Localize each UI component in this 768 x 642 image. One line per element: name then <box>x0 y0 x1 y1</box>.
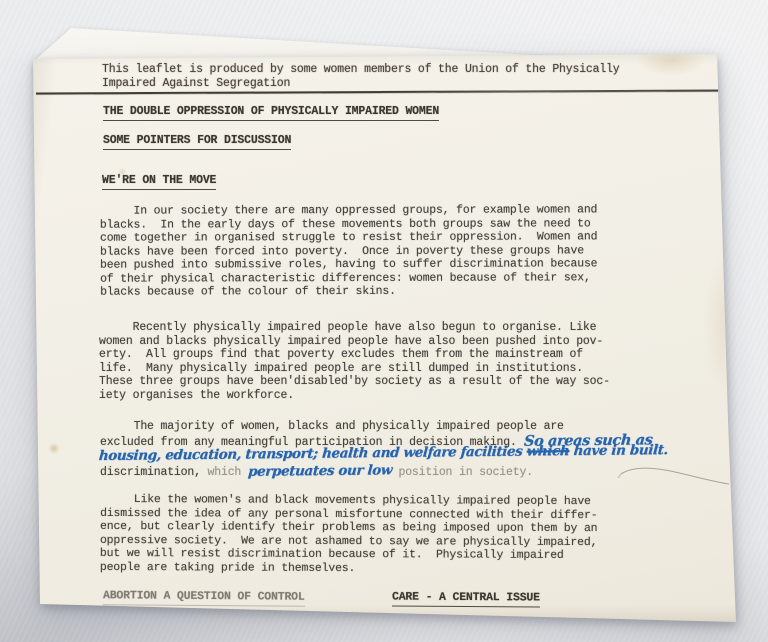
stain <box>704 250 730 400</box>
section-heading-row: WE'RE ON THE MOVE <box>102 174 216 190</box>
section-heading: WE'RE ON THE MOVE <box>102 174 216 190</box>
doc-title-row: THE DOUBLE OPPRESSION OF PHYSICALLY IMPA… <box>103 105 439 121</box>
doc-title: THE DOUBLE OPPRESSION OF PHYSICALLY IMPA… <box>103 105 439 121</box>
footer-topic-right: CARE - A CENTRAL ISSUE <box>392 591 540 608</box>
paragraph-4: Like the women's and black movements phy… <box>100 493 598 576</box>
paragraph-1: In our society there are many oppressed … <box>100 203 598 299</box>
footer-topic-right-row: CARE - A CENTRAL ISSUE <box>392 591 540 608</box>
pencil-mark <box>613 458 738 498</box>
footer-topic-left-row: ABORTION A QUESTION OF CONTROL <box>103 589 305 607</box>
footer-topic-left: ABORTION A QUESTION OF CONTROL <box>103 589 305 607</box>
typed-text-faded: position in society. <box>392 466 533 479</box>
doc-subtitle-row: SOME POINTERS FOR DISCUSSION <box>103 134 291 150</box>
paragraph-3-line-4: discrimination, which perpetuates our lo… <box>100 465 533 480</box>
handwritten-struck-word: which <box>526 443 570 459</box>
front-sheet: This leaflet is produced by some women m… <box>0 0 768 642</box>
stain <box>636 48 706 76</box>
credit-line: This leaflet is produced by some women m… <box>102 63 620 90</box>
handwritten-annotation: housing, education, transport; health an… <box>98 444 668 464</box>
typed-text-faded: which <box>208 466 248 479</box>
paragraph-3-line-1: The majority of women, blacks and physic… <box>100 420 564 434</box>
handwritten-text: have in built. <box>569 442 669 459</box>
paragraph-2: Recently physically impaired people have… <box>99 321 610 402</box>
front-sheet-shadow: This leaflet is produced by some women m… <box>0 0 768 642</box>
stain <box>48 443 60 454</box>
doc-subtitle: SOME POINTERS FOR DISCUSSION <box>103 134 291 150</box>
paragraph-3-line-3: housing, education, transport; health an… <box>99 447 668 462</box>
photo-scene: This leaflet is produced by some women m… <box>0 0 768 642</box>
typed-text: discrimination, <box>100 466 208 479</box>
handwritten-annotation: perpetuates our low <box>247 464 392 479</box>
handwritten-text: housing, education, transport; health an… <box>98 444 527 464</box>
